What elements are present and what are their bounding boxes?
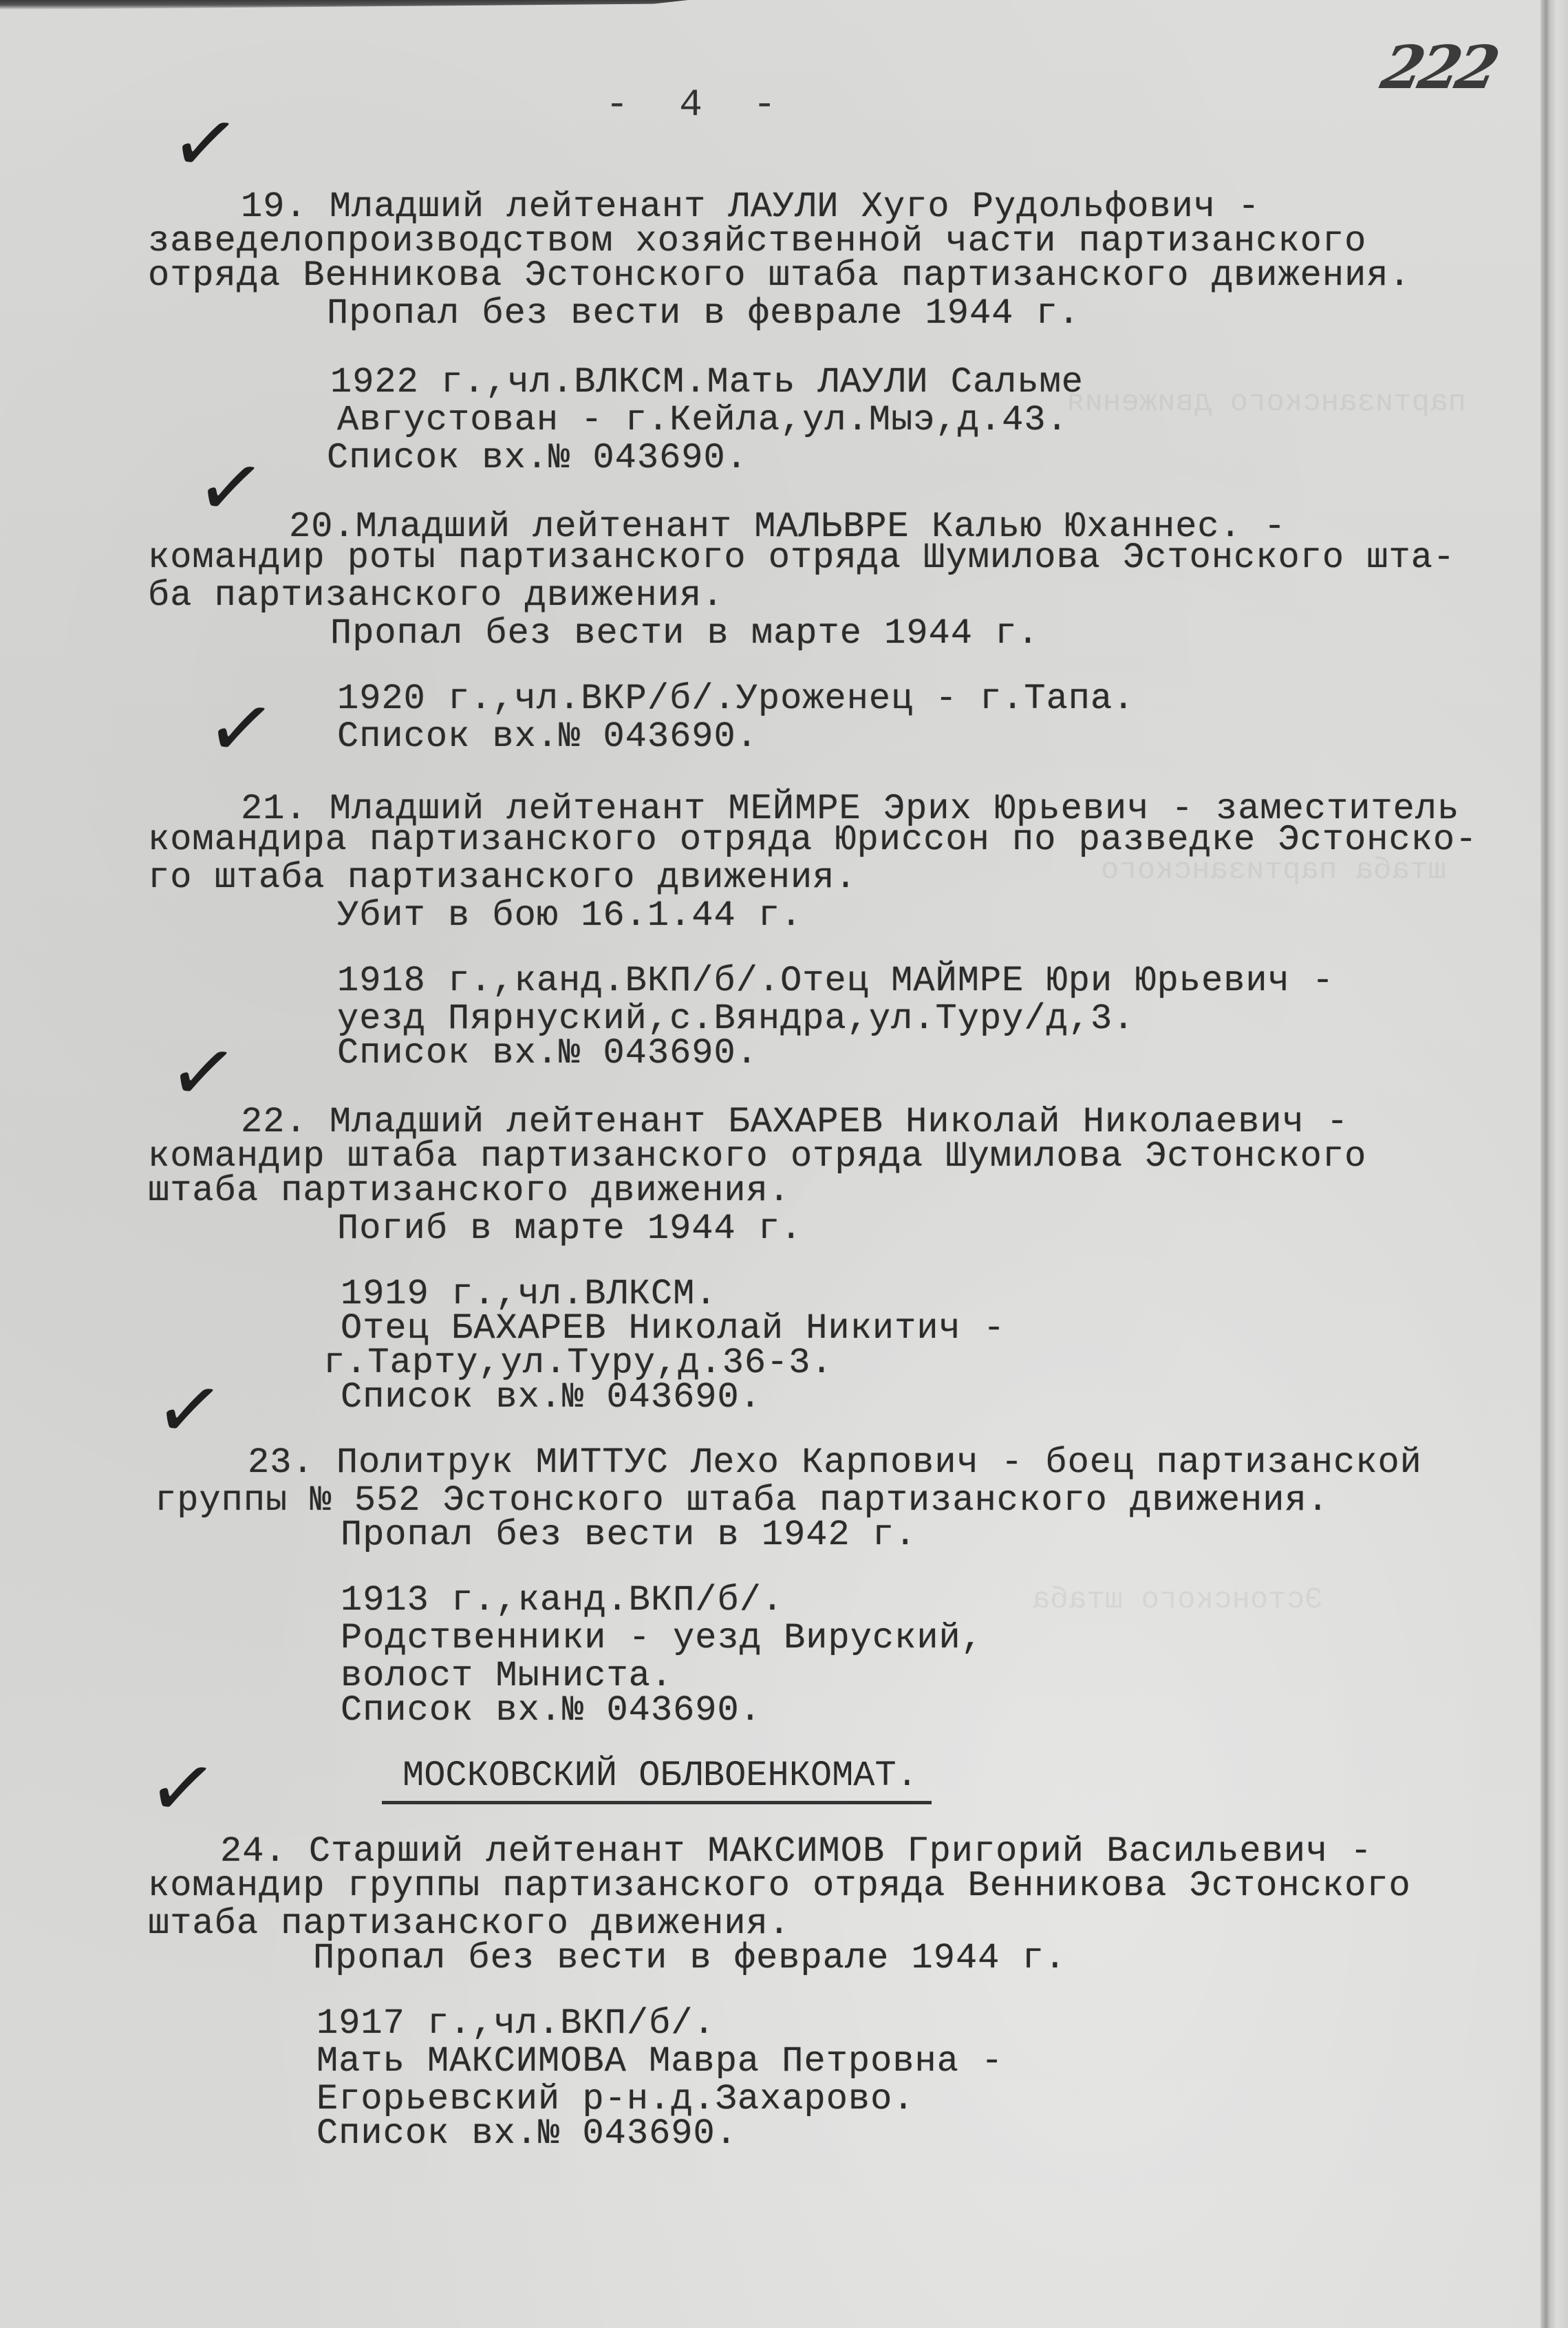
entry-line: 24. Старший лейтенант МАКСИМОВ Григорий … <box>220 1834 1373 1870</box>
bleed-through-text: Эстонского штаба <box>1032 1583 1322 1617</box>
entry-detail: Список вх.№ 043690. <box>341 1380 762 1416</box>
entry-detail: 1920 г.,чл.ВКР/б/.Уроженец - г.Тапа. <box>337 681 1135 717</box>
entry-status: Пропал без вести в феврале 1944 г. <box>327 296 1080 332</box>
entry-line: штаба партизанского движения. <box>148 1173 791 1209</box>
entry-line: командир штаба партизанского отряда Шуми… <box>148 1139 1366 1175</box>
checkmark-icon: ✓ <box>165 99 245 191</box>
entry-status: Погиб в марте 1944 г. <box>337 1211 802 1247</box>
entry-status: Пропал без вести в феврале 1944 г. <box>313 1941 1066 1976</box>
entry-line: 22. Младший лейтенант БАХАРЕВ Николай Ни… <box>241 1104 1349 1140</box>
entry-detail: 1917 г.,чл.ВКП/б/. <box>316 2006 716 2042</box>
entry-line: 19. Младший лейтенант ЛАУЛИ Хуго Рудольф… <box>241 189 1260 225</box>
entry-line: командир роты партизанского отряда Шумил… <box>148 540 1455 576</box>
entry-line: командира партизанского отряда Юриссон п… <box>148 822 1477 858</box>
entry-detail: Егорьевский р-н.д.Захарово. <box>316 2082 915 2117</box>
page-right-edge <box>1540 0 1568 2328</box>
checkmark-icon: ✓ <box>142 1744 222 1835</box>
entry-line: командир группы партизанского отряда Вен… <box>148 1868 1411 1904</box>
entry-status: Пропал без вести в марте 1944 г. <box>330 616 1040 652</box>
entry-line: группы № 552 Эстонского штаба партизанск… <box>155 1483 1329 1519</box>
entry-line: отряда Венникова Эстонского штаба партиз… <box>148 258 1411 294</box>
entry-detail: Список вх.№ 043690. <box>337 719 758 755</box>
entry-detail: Список вх.№ 043690. <box>316 2116 738 2152</box>
checkmark-icon: ✓ <box>149 1365 229 1457</box>
bleed-through-text: партизанского движения <box>1066 385 1466 420</box>
entry-status: Убит в бою 16.1.44 г. <box>337 898 802 934</box>
entry-detail: Августован - г.Кейла,ул.Мыэ,д.43. <box>337 403 1068 438</box>
entry-detail: г.Тарту,ул.Туру,д.36-3. <box>323 1345 833 1381</box>
page-top-edge-shadow <box>0 0 688 10</box>
entry-status: Пропал без вести в 1942 г. <box>341 1517 916 1553</box>
entry-line: ба партизанского движения. <box>148 578 724 614</box>
checkmark-icon: ✓ <box>163 1028 243 1120</box>
entry-line: 23. Политрук МИТТУС Лехо Карпович - боец… <box>248 1445 1422 1481</box>
entry-detail: Список вх.№ 043690. <box>327 440 748 476</box>
entry-detail: 1913 г.,канд.ВКП/б/. <box>341 1583 784 1619</box>
document-page: партизанского движения штаба партизанско… <box>0 0 1568 2328</box>
entry-detail: 1918 г.,канд.ВКП/б/.Отец МАЙМРЕ Юри Юрье… <box>337 963 1334 999</box>
section-heading: МОСКОВСКИЙ ОБЛВОЕНКОМАТ. <box>382 1758 932 1804</box>
entry-detail: Мать МАКСИМОВА Мавра Петровна - <box>316 2044 1003 2080</box>
page-number: - 4 - <box>605 83 790 127</box>
entry-detail: Родственники - уезд Вируский, <box>341 1621 983 1656</box>
entry-detail: Список вх.№ 043690. <box>337 1036 758 1071</box>
entry-detail: 1919 г.,чл.ВЛКСМ. <box>341 1277 718 1312</box>
entry-detail: Список вх.№ 043690. <box>341 1693 762 1729</box>
entry-detail: волост Мыниста. <box>341 1658 673 1694</box>
checkmark-icon: ✓ <box>201 684 281 776</box>
entry-line: го штаба партизанского движения. <box>148 860 857 896</box>
entry-line: штаба партизанского движения. <box>148 1906 791 1942</box>
entry-line: заведелопроизводством хозяйственной част… <box>148 224 1366 259</box>
checkmark-icon: ✓ <box>191 443 270 535</box>
entry-detail: 1922 г.,чл.ВЛКСМ.Мать ЛАУЛИ Сальме <box>330 365 1084 401</box>
entry-detail: уезд Пярнуский,с.Вяндра,ул.Туру/д,3. <box>337 1001 1135 1037</box>
entry-detail: Отец БАХАРЕВ Николай Никитич - <box>341 1311 1005 1347</box>
archive-sheet-number: 222 <box>1375 33 1501 103</box>
